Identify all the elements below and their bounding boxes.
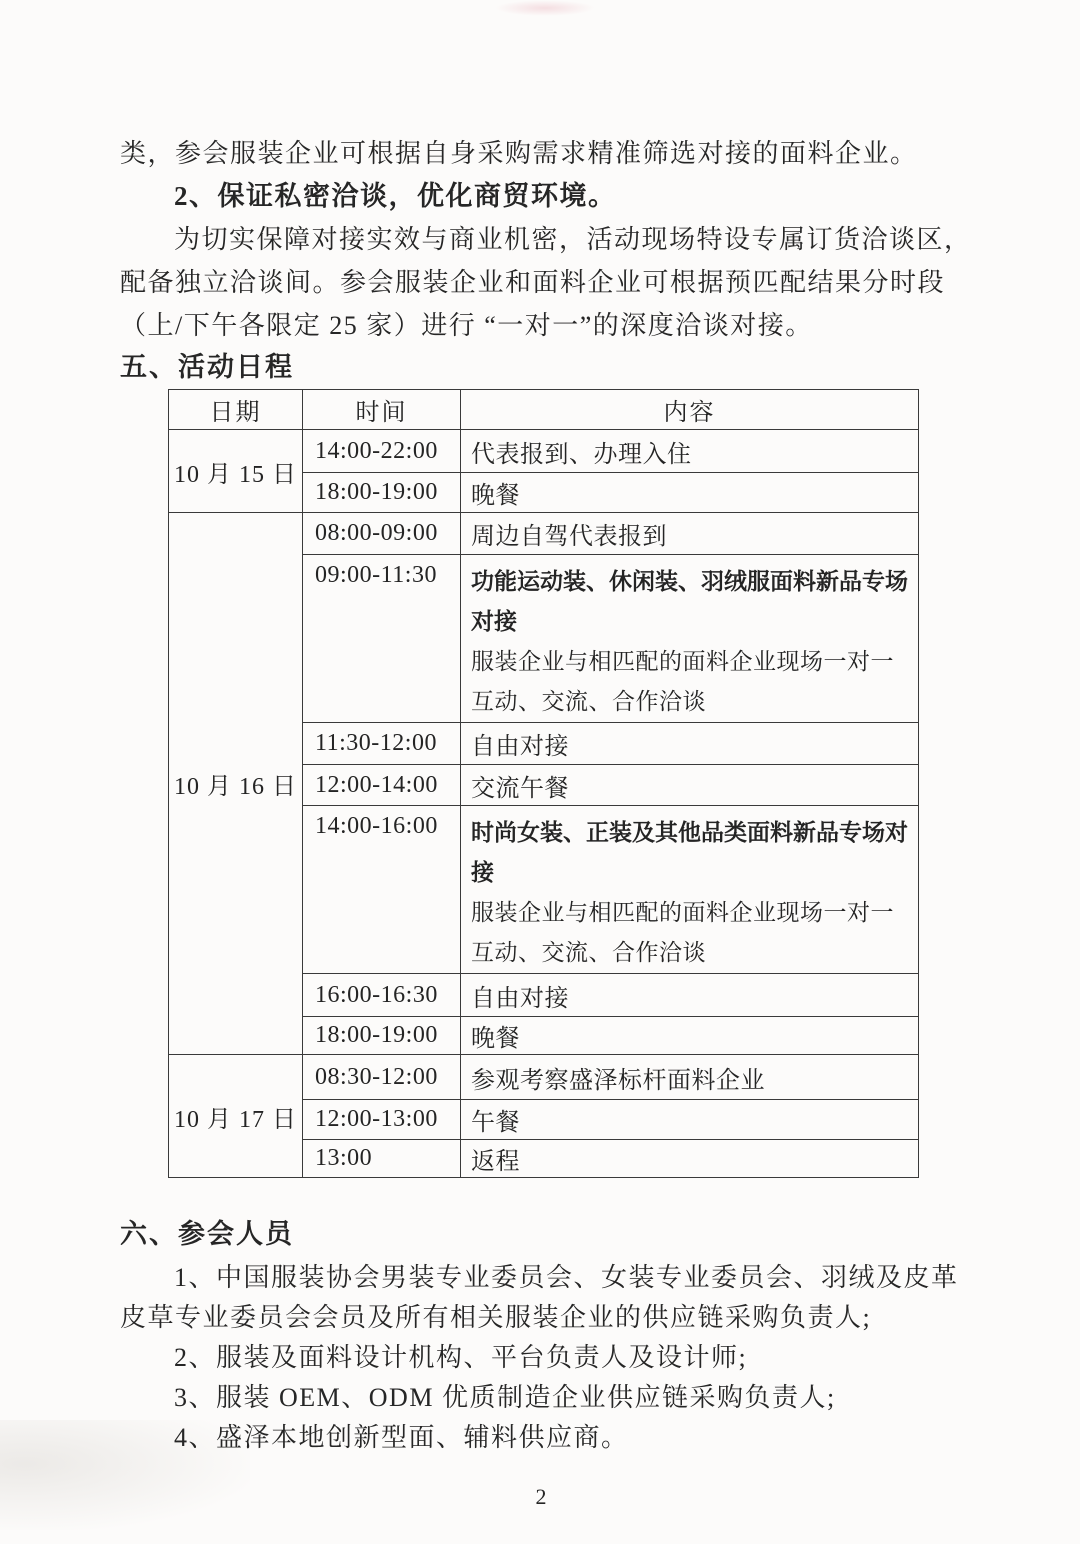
point2-line-3: （上/下午各限定 25 家）进行 “一对一”的深度洽谈对接。 [120,304,962,347]
content-cell: 代表报到、办理入住 [461,430,919,473]
content-cell: 参观考察盛泽标杆面料企业 [461,1055,919,1100]
content-cell: 晚餐 [461,1017,919,1055]
schedule-section-title: 五、活动日程 [120,347,962,387]
schedule-header-row: 日期 时间 内容 [169,390,919,430]
header-time: 时间 [303,390,461,430]
session-headline: 功能运动装、休闲装、羽绒服面料新品专场对接 [471,562,914,642]
session-detail: 服装企业与相匹配的面料企业现场一对一互动、交流、合作洽谈 [471,893,914,973]
schedule-table: 日期 时间 内容 10 月 15 日 14:00-22:00 代表报到、办理入住… [168,389,919,1178]
content-cell: 时尚女装、正装及其他品类面料新品专场对接 服装企业与相匹配的面料企业现场一对一互… [461,806,919,974]
time-cell: 12:00-13:00 [303,1100,461,1140]
content-cell: 功能运动装、休闲装、羽绒服面料新品专场对接 服装企业与相匹配的面料企业现场一对一… [461,555,919,723]
time-cell: 16:00-16:30 [303,974,461,1017]
session-detail: 服装企业与相匹配的面料企业现场一对一互动、交流、合作洽谈 [471,642,914,722]
content-cell: 晚餐 [461,473,919,513]
time-cell: 08:00-09:00 [303,513,461,555]
content-cell: 自由对接 [461,974,919,1017]
attendee-item-1-line-2: 皮草专业委员会会员及所有相关服装企业的供应链采购负责人; [120,1298,962,1338]
date-cell-day3: 10 月 17 日 [169,1055,303,1178]
table-row: 10 月 16 日 08:00-09:00 周边自驾代表报到 [169,513,919,555]
header-date: 日期 [169,390,303,430]
time-cell: 08:30-12:00 [303,1055,461,1100]
attendee-item-2: 2、服装及面料设计机构、平台负责人及设计师; [120,1338,962,1378]
table-row: 10 月 15 日 14:00-22:00 代表报到、办理入住 [169,430,919,473]
content-cell: 自由对接 [461,723,919,765]
attendees-section-title: 六、参会人员 [120,1214,962,1254]
content-cell: 午餐 [461,1100,919,1140]
point2-line-2: 配备独立洽谈间。参会服装企业和面料企业可根据预匹配结果分时段 [120,261,962,304]
time-cell: 12:00-14:00 [303,765,461,806]
attendee-item-1-line-1: 1、中国服装协会男装专业委员会、女装专业委员会、羽绒及皮革 [120,1258,962,1298]
content-cell: 交流午餐 [461,765,919,806]
header-content: 内容 [461,390,919,430]
session-headline: 时尚女装、正装及其他品类面料新品专场对接 [471,813,914,893]
page-number: 2 [120,1484,962,1510]
document-content: 类，参会服装企业可根据自身采购需求精准筛选对接的面料企业。 2、保证私密洽谈，优… [0,0,1080,1510]
point2-heading: 2、保证私密洽谈，优化商贸环境。 [120,175,962,218]
attendee-item-4: 4、盛泽本地创新型面、辅料供应商。 [120,1418,962,1458]
time-cell: 09:00-11:30 [303,555,461,723]
time-cell: 18:00-19:00 [303,1017,461,1055]
content-cell: 返程 [461,1140,919,1178]
document-page: 类，参会服装企业可根据自身采购需求精准筛选对接的面料企业。 2、保证私密洽谈，优… [0,0,1080,1544]
attendees-list: 1、中国服装协会男装专业委员会、女装专业委员会、羽绒及皮革 皮草专业委员会会员及… [120,1258,962,1458]
time-cell: 18:00-19:00 [303,473,461,513]
content-cell: 周边自驾代表报到 [461,513,919,555]
time-cell: 13:00 [303,1140,461,1178]
time-cell: 11:30-12:00 [303,723,461,765]
date-cell-day2: 10 月 16 日 [169,513,303,1055]
time-cell: 14:00-16:00 [303,806,461,974]
date-cell-day1: 10 月 15 日 [169,430,303,513]
table-row: 10 月 17 日 08:30-12:00 参观考察盛泽标杆面料企业 [169,1055,919,1100]
attendee-item-3: 3、服装 OEM、ODM 优质制造企业供应链采购负责人; [120,1378,962,1418]
paragraph-continuation-line: 类，参会服装企业可根据自身采购需求精准筛选对接的面料企业。 [120,132,962,175]
time-cell: 14:00-22:00 [303,430,461,473]
point2-line-1: 为切实保障对接实效与商业机密，活动现场特设专属订货洽谈区， [120,218,962,261]
